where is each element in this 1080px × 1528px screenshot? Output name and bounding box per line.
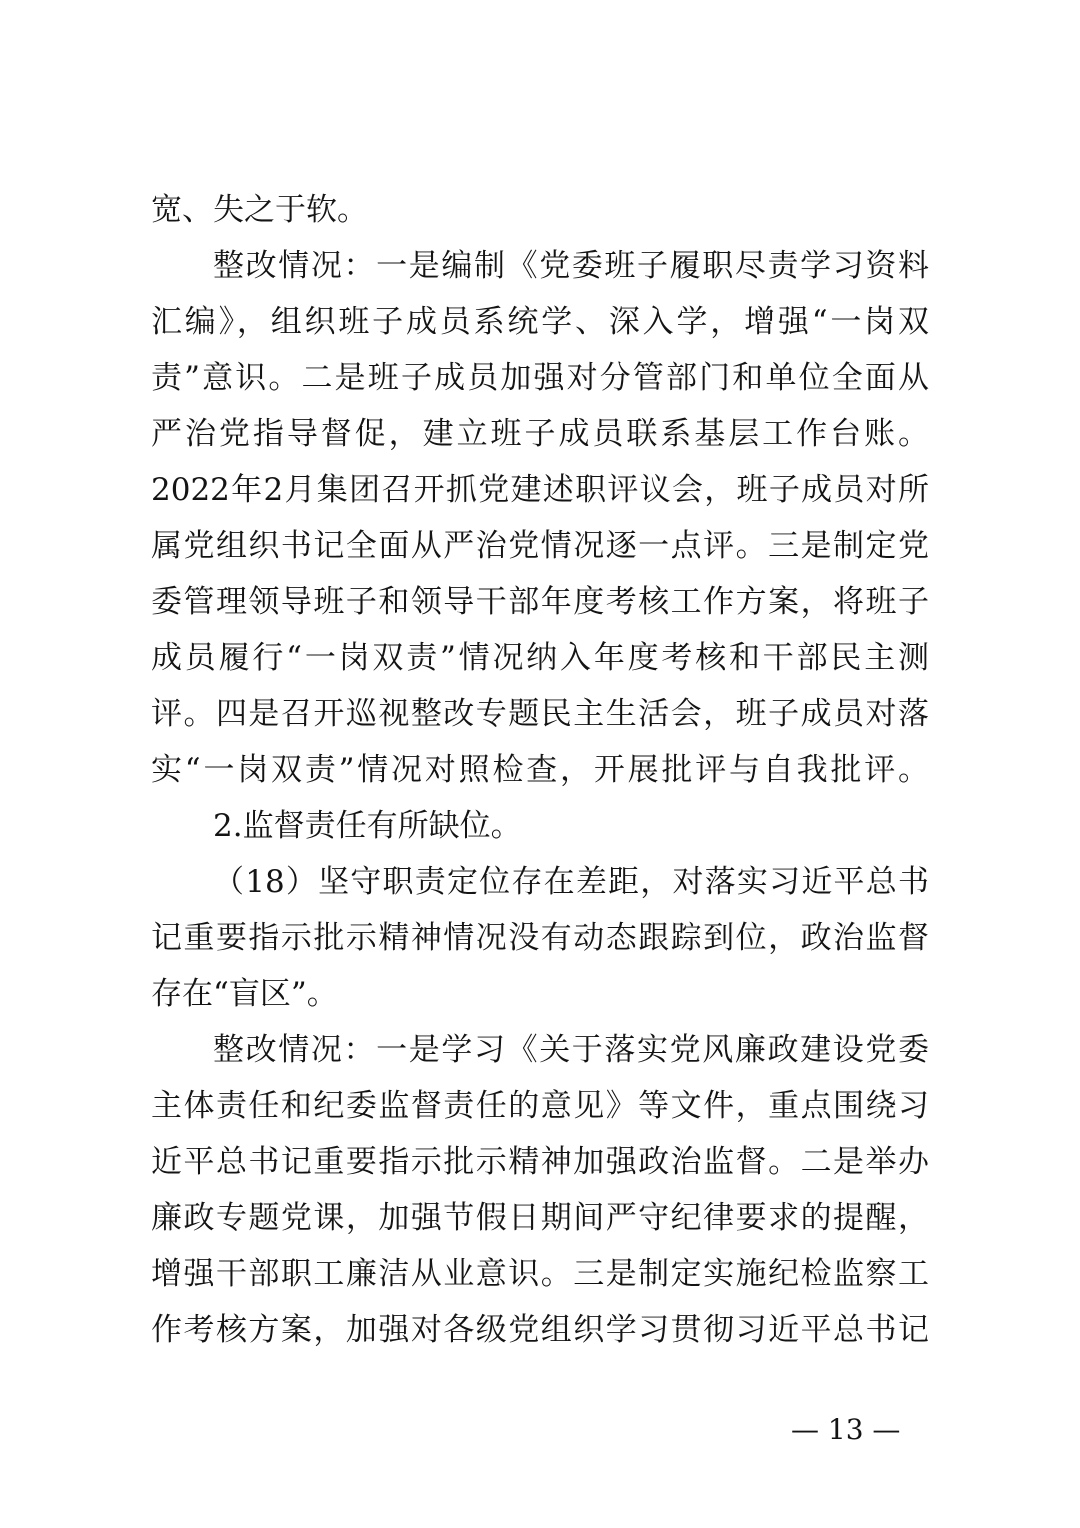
text-line: 主体责任和纪委监督责任的意见》等文件，重点围绕习: [151, 1078, 929, 1134]
text-line: 委管理领导班子和领导干部年度考核工作方案，将班子: [151, 574, 929, 630]
text-line: 整改情况：一是编制《党委班子履职尽责学习资料: [151, 238, 929, 294]
text-line: 成员履行“一岗双责”情况纳入年度考核和干部民主测: [151, 630, 929, 686]
text-line: 严治党指导督促，建立班子成员联系基层工作台账。: [151, 406, 929, 462]
text-line: 2022年2月集团召开抓党建述职评议会，班子成员对所: [151, 462, 929, 518]
text-line: 责”意识。二是班子成员加强对分管部门和单位全面从: [151, 350, 929, 406]
text-line: 整改情况：一是学习《关于落实党风廉政建设党委: [151, 1022, 929, 1078]
text-line: （18）坚守职责定位存在差距，对落实习近平总书: [151, 854, 929, 910]
text-line: 实“一岗双责”情况对照检查，开展批评与自我批评。: [151, 742, 929, 798]
text-line: 增强干部职工廉洁从业意识。三是制定实施纪检监察工: [151, 1246, 929, 1302]
text-line: 汇编》，组织班子成员系统学、深入学，增强“一岗双: [151, 294, 929, 350]
text-line: 近平总书记重要指示批示精神加强政治监督。二是举办: [151, 1134, 929, 1190]
text-line: 作考核方案，加强对各级党组织学习贯彻习近平总书记: [151, 1302, 929, 1358]
text-line: 属党组织书记全面从严治党情况逐一点评。三是制定党: [151, 518, 929, 574]
document-page: 宽、失之于软。整改情况：一是编制《党委班子履职尽责学习资料汇编》，组织班子成员系…: [0, 0, 1080, 1528]
text-line: 存在“盲区”。: [151, 966, 929, 1022]
page-number: — 13 —: [791, 1412, 911, 1448]
text-line: 宽、失之于软。: [151, 182, 929, 238]
text-line: 评。四是召开巡视整改专题民主生活会，班子成员对落: [151, 686, 929, 742]
document-body: 宽、失之于软。整改情况：一是编制《党委班子履职尽责学习资料汇编》，组织班子成员系…: [151, 182, 929, 1358]
text-line: 2.监督责任有所缺位。: [151, 798, 929, 854]
text-line: 记重要指示批示精神情况没有动态跟踪到位，政治监督: [151, 910, 929, 966]
text-line: 廉政专题党课，加强节假日期间严守纪律要求的提醒，: [151, 1190, 929, 1246]
